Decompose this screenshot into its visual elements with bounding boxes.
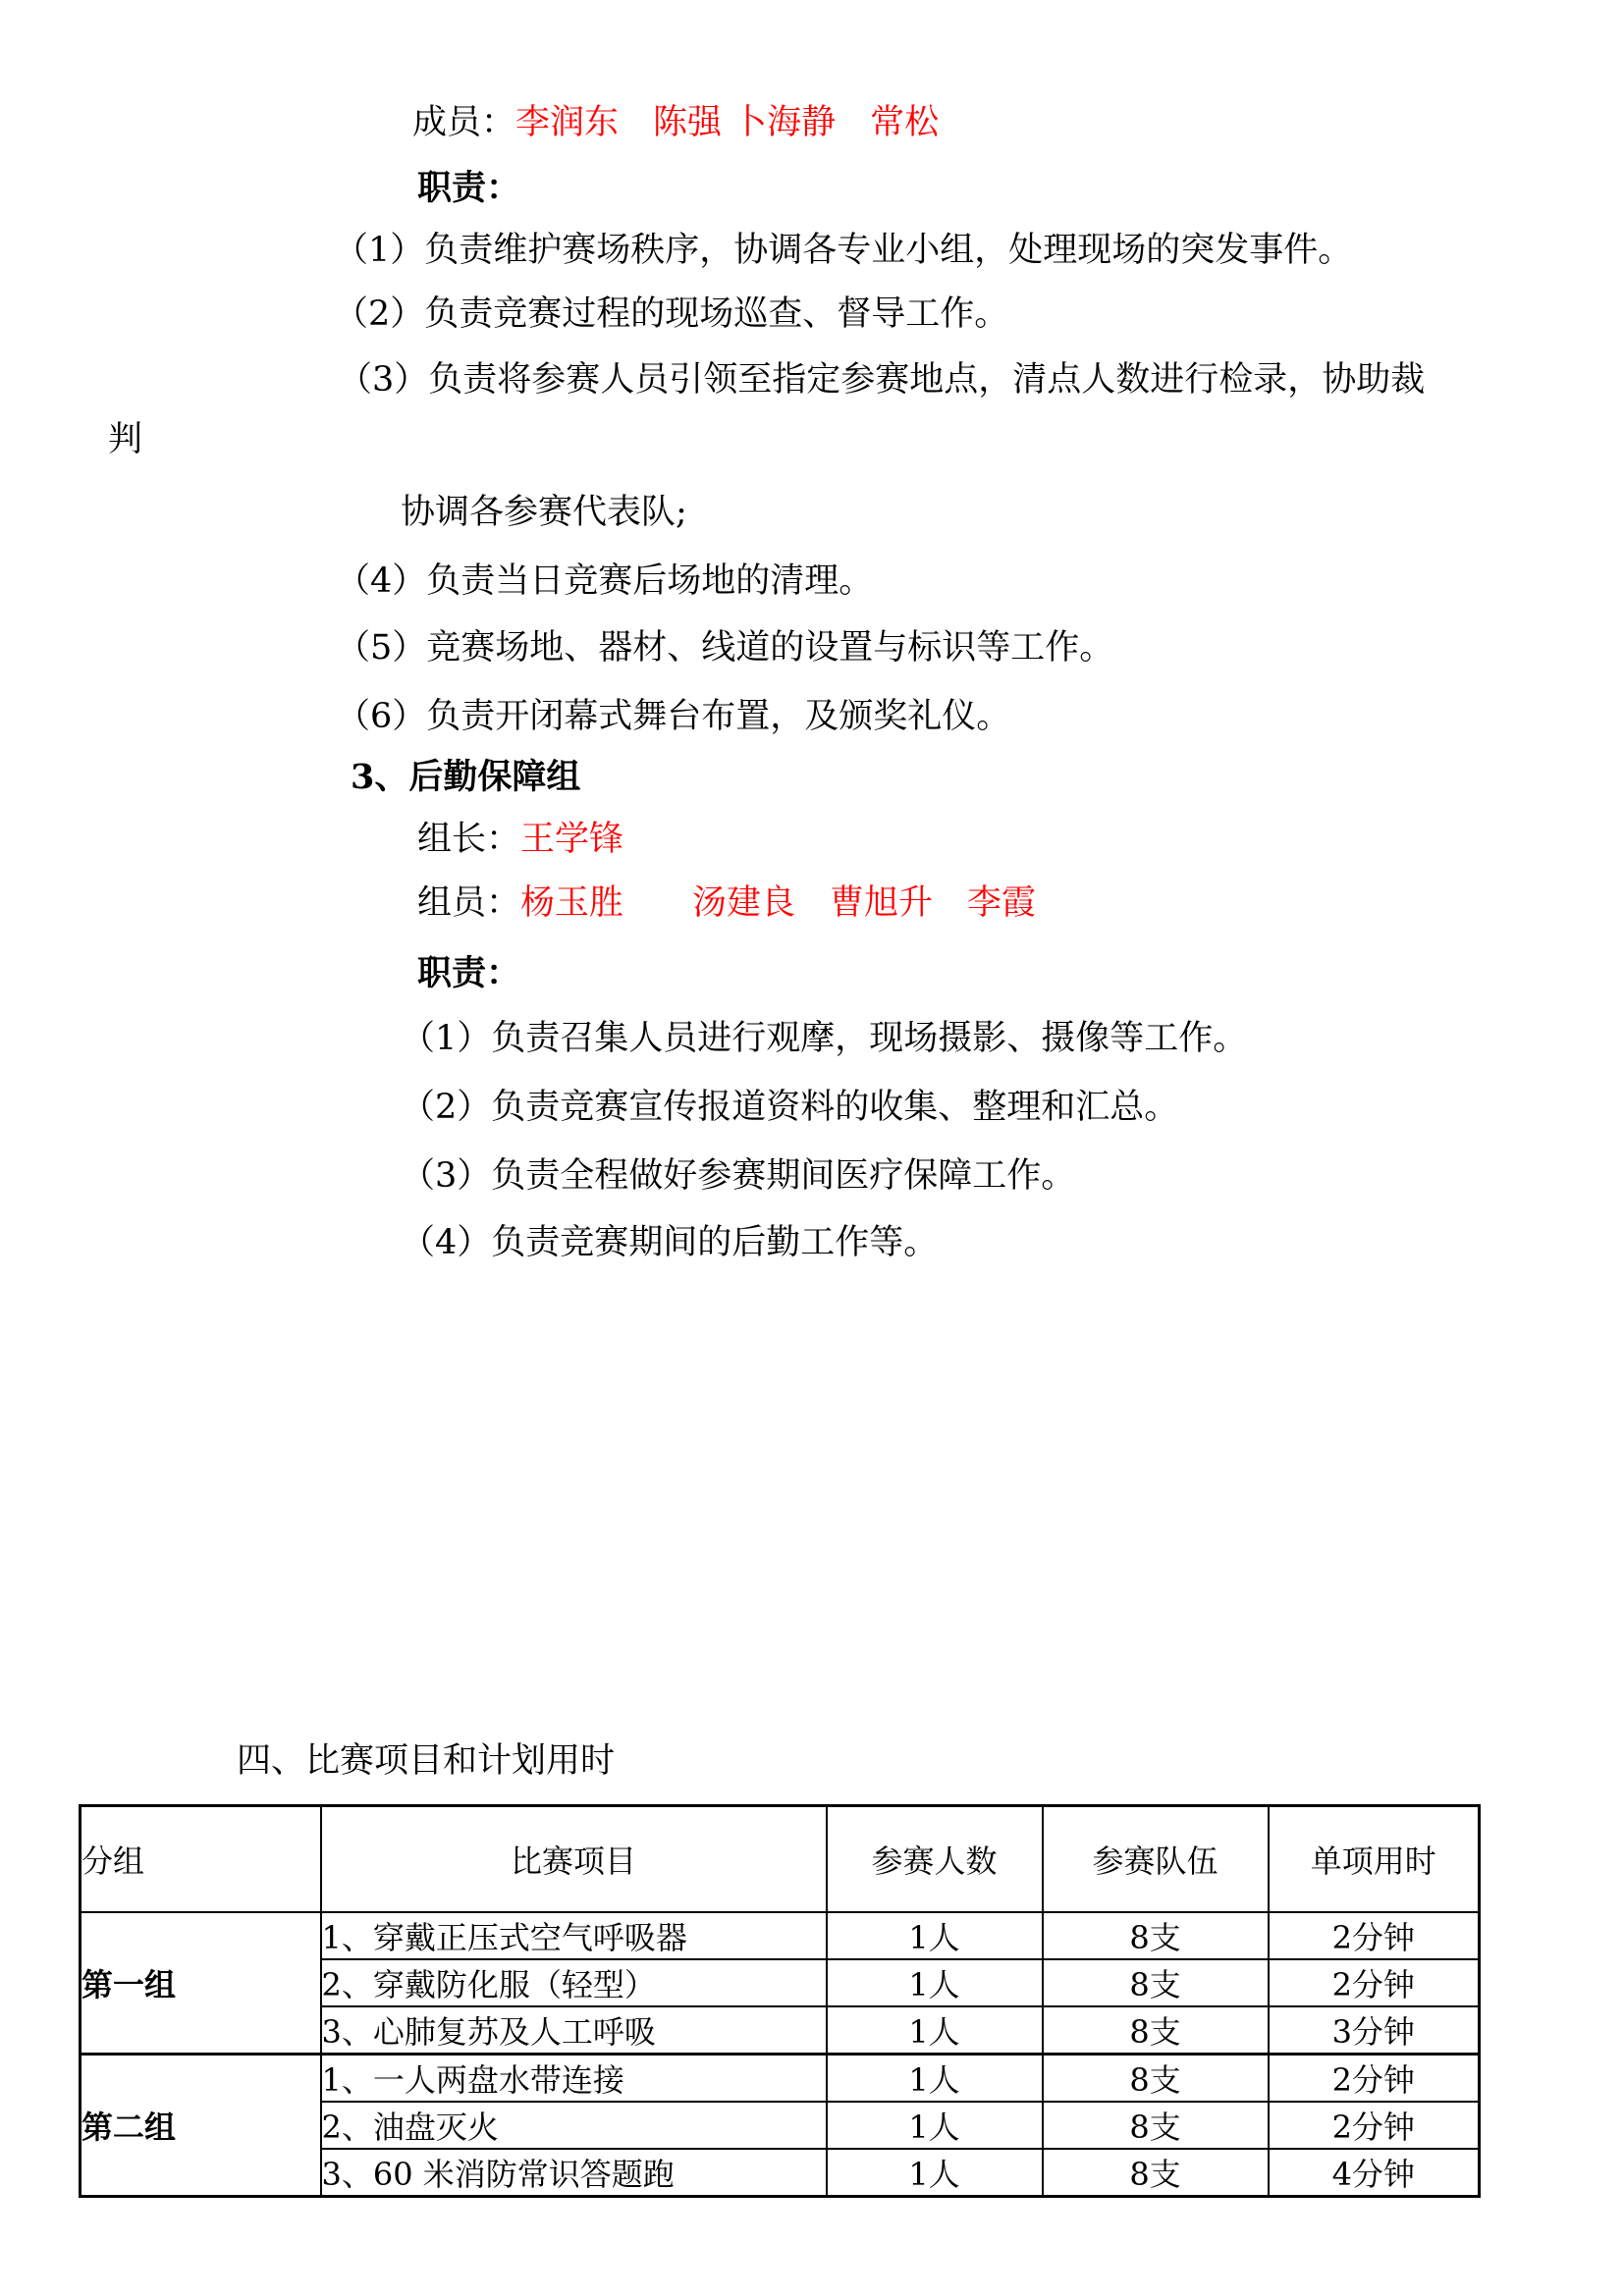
teams-cell: 8支 bbox=[1043, 2149, 1269, 2197]
group-2-name: 第二组 bbox=[81, 2055, 321, 2197]
duty1-item-1: （1）负责维护赛场秩序，协调各专业小组，处理现场的突发事件。 bbox=[334, 229, 1352, 272]
duty1-item-6: （6）负责开闭幕式舞台布置，及颁奖礼仪。 bbox=[336, 695, 1010, 738]
section3-heading: 3、后勤保障组 bbox=[351, 756, 580, 799]
teams-cell: 8支 bbox=[1043, 1959, 1269, 2006]
duty2-item-1: （1）负责召集人员进行观摩，现场摄影、摄像等工作。 bbox=[401, 1017, 1247, 1060]
duty1-item-4: （4）负责当日竞赛后场地的清理。 bbox=[336, 560, 873, 603]
duration-cell: 2分钟 bbox=[1269, 1912, 1480, 1959]
group-members-names: 杨玉胜 汤建良 曹旭升 李霞 bbox=[520, 883, 1036, 923]
leader-name: 王学锋 bbox=[520, 820, 623, 859]
header-duration: 单项用时 bbox=[1269, 1806, 1480, 1913]
event-cell: 1、穿戴正压式空气呼吸器 bbox=[321, 1912, 827, 1959]
section4-title: 四、比赛项目和计划用时 bbox=[237, 1739, 615, 1783]
header-participants: 参赛人数 bbox=[827, 1806, 1043, 1913]
duty2-item-2: （2）负责竞赛宣传报道资料的收集、整理和汇总。 bbox=[401, 1086, 1178, 1129]
teams-cell: 8支 bbox=[1043, 2006, 1269, 2055]
member-label: 成员： bbox=[412, 103, 515, 142]
event-cell: 2、油盘灭火 bbox=[321, 2102, 827, 2149]
table-row: 第一组 1、穿戴正压式空气呼吸器 1人 8支 2分钟 bbox=[81, 1912, 1480, 1959]
duration-cell: 4分钟 bbox=[1269, 2149, 1480, 2197]
participants-cell: 1人 bbox=[827, 1912, 1043, 1959]
header-teams: 参赛队伍 bbox=[1043, 1806, 1269, 1913]
duty2-item-4: （4）负责竞赛期间的后勤工作等。 bbox=[401, 1221, 938, 1264]
leader-line: 组长：王学锋 bbox=[417, 818, 623, 861]
duty1-item-5: （5）竞赛场地、器材、线道的设置与标识等工作。 bbox=[336, 626, 1113, 669]
table-header-row: 分组 比赛项目 参赛人数 参赛队伍 单项用时 bbox=[81, 1806, 1480, 1913]
duration-cell: 3分钟 bbox=[1269, 2006, 1480, 2055]
event-cell: 2、穿戴防化服（轻型） bbox=[321, 1959, 827, 2006]
duty1-item-3-wrap: 判 bbox=[108, 418, 142, 461]
header-event: 比赛项目 bbox=[321, 1806, 827, 1913]
event-cell: 3、60 米消防常识答题跑 bbox=[321, 2149, 827, 2197]
leader-label: 组长： bbox=[417, 820, 520, 859]
header-group: 分组 bbox=[81, 1806, 321, 1913]
participants-cell: 1人 bbox=[827, 2102, 1043, 2149]
participants-cell: 1人 bbox=[827, 1959, 1043, 2006]
participants-cell: 1人 bbox=[827, 2006, 1043, 2055]
group-1-name: 第一组 bbox=[81, 1912, 321, 2055]
member-line: 成员：李润东 陈强 卜海静 常松 bbox=[412, 101, 939, 144]
table-row: 第二组 1、一人两盘水带连接 1人 8支 2分钟 bbox=[81, 2055, 1480, 2103]
duties1-heading: 职责： bbox=[417, 167, 520, 210]
duration-cell: 2分钟 bbox=[1269, 2102, 1480, 2149]
member-names: 李润东 陈强 卜海静 常松 bbox=[515, 103, 939, 142]
duties2-heading: 职责： bbox=[417, 952, 520, 995]
event-cell: 1、一人两盘水带连接 bbox=[321, 2055, 827, 2103]
event-cell: 3、心肺复苏及人工呼吸 bbox=[321, 2006, 827, 2055]
teams-cell: 8支 bbox=[1043, 2055, 1269, 2103]
schedule-table: 分组 比赛项目 参赛人数 参赛队伍 单项用时 第一组 1、穿戴正压式空气呼吸器 … bbox=[79, 1804, 1481, 2198]
duty1-item-2: （2）负责竞赛过程的现场巡查、督导工作。 bbox=[334, 293, 1008, 336]
group-members-label: 组员： bbox=[417, 883, 520, 923]
group-members-line: 组员：杨玉胜 汤建良 曹旭升 李霞 bbox=[417, 881, 1036, 925]
participants-cell: 1人 bbox=[827, 2149, 1043, 2197]
duration-cell: 2分钟 bbox=[1269, 2055, 1480, 2103]
participants-cell: 1人 bbox=[827, 2055, 1043, 2103]
teams-cell: 8支 bbox=[1043, 1912, 1269, 1959]
duty1-item-3: （3）负责将参赛人员引领至指定参赛地点，清点人数进行检录，协助裁 bbox=[338, 358, 1425, 401]
duty2-item-3: （3）负责全程做好参赛期间医疗保障工作。 bbox=[401, 1154, 1075, 1198]
teams-cell: 8支 bbox=[1043, 2102, 1269, 2149]
document-page: 成员：李润东 陈强 卜海静 常松 职责： （1）负责维护赛场秩序，协调各专业小组… bbox=[0, 0, 1624, 2296]
duty1-item-3-cont: 协调各参赛代表队; bbox=[401, 491, 687, 534]
duration-cell: 2分钟 bbox=[1269, 1959, 1480, 2006]
